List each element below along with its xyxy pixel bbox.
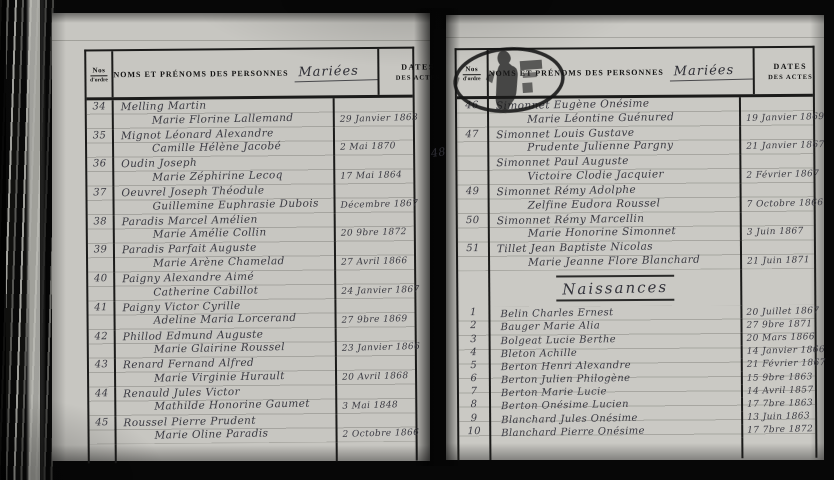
marriage-entry-row: 44 Renauld Jules Victor Mathilde Honorin… (89, 384, 415, 416)
act-date: 20 9bre 1872 (341, 227, 407, 241)
marriages-table-left: Nos d'ordre NOMS ET PRÉNOMS DES PERSONNE… (84, 47, 418, 464)
entry-date-cell: Décembre 1867 (335, 184, 413, 213)
entry-names: Tillet Jean Baptiste Nicolas Marie Jeann… (490, 241, 742, 271)
act-date: 14 Janvier 1866 (747, 344, 826, 358)
entry-number (457, 156, 489, 185)
marriage-entry-row: 41 Paigny Victor Cyrille Adeline Maria L… (88, 298, 414, 330)
marriage-entry-row: 36 Oudin Joseph Marie Zéphirine Lecoq 17… (87, 155, 413, 187)
entry-date-cell: 27 Avril 1866 (336, 241, 414, 270)
act-date: 29 Janvier 1863 (340, 112, 419, 126)
wife-name: Prudente Julienne Pargny (489, 138, 739, 156)
entry-number: 4 (459, 347, 491, 360)
entry-number: 35 (87, 129, 114, 158)
marriage-entry-row: 40 Paigny Alexandre Aimé Catherine Cabil… (88, 270, 414, 302)
act-date: 27 9bre 1871 (746, 318, 812, 332)
entry-date-cell: 13 Juin 1863 (743, 410, 815, 424)
marriage-entry-row: Simonnet Paul Auguste Victoire Clodie Ja… (457, 154, 813, 185)
act-date: 27 9bre 1869 (341, 313, 407, 327)
wife-name: Camille Hélène Jacobé (114, 139, 333, 157)
wife-name: Mathilde Honorine Gaumet (116, 397, 335, 415)
wife-name: Marie Glairine Roussel (116, 340, 335, 358)
header-dates-column: DATES DES ACTES (754, 48, 826, 95)
act-date: Décembre 1867 (340, 198, 418, 212)
act-date: 17 Mai 1864 (340, 169, 402, 183)
marriage-entries-right: 46 Simonnet Eugène Onésime Marie Léontin… (457, 97, 814, 272)
entry-date-cell: 23 Janvier 1866 (337, 327, 415, 356)
entry-names: Simonnet Louis Gustave Prudente Julienne… (489, 126, 741, 156)
entry-names: Paradis Marcel Amélien Marie Amélie Coll… (115, 213, 336, 244)
entry-number: 42 (89, 330, 116, 359)
entry-names: Simonnet Rémy Marcellin Marie Honorine S… (490, 212, 742, 242)
entry-number: 6 (459, 373, 491, 386)
header-names-column: NOMS ET PRÉNOMS DES PERSONNES Mariées (113, 49, 379, 97)
wife-name: Marie Honorine Simonnet (490, 224, 740, 242)
table-filler (90, 442, 416, 464)
dates-column-sublabel: DES ACTES (396, 74, 441, 81)
act-date: 7 Octobre 1866 (747, 197, 824, 211)
entry-names: Paradis Parfait Auguste Marie Arène Cham… (115, 242, 336, 273)
marriage-entry-row: 50 Simonnet Rémy Marcellin Marie Honorin… (458, 212, 814, 243)
entry-date-cell: 15 9bre 1863 (743, 371, 815, 385)
left-page: Nos d'ordre NOMS ET PRÉNOMS DES PERSONNE… (52, 13, 430, 461)
entry-names: Renard Fernand Alfred Marie Virginie Hur… (116, 356, 337, 387)
entry-names: Melling Martin Marie Florine Lallemand (114, 98, 335, 129)
entry-number: 36 (87, 158, 114, 187)
number-column-label: Nos (92, 66, 105, 74)
act-date: 20 Mars 1866 (746, 331, 815, 345)
act-date: 21 Juin 1871 (747, 254, 810, 268)
entry-number: 50 (458, 214, 490, 243)
entry-number: 7 (459, 386, 491, 399)
act-date: 2 Février 1867 (746, 168, 819, 182)
dates-column-label: DATES (773, 61, 807, 70)
entry-date-cell: 27 9bre 1871 (742, 318, 814, 332)
entry-date-cell: 14 Janvier 1866 (743, 344, 815, 358)
entry-date-cell: 3 Juin 1867 (742, 212, 814, 241)
entry-names: Simonnet Paul Auguste Victoire Clodie Ja… (489, 155, 741, 185)
entry-number: 5 (459, 360, 491, 373)
entry-date-cell: 20 9bre 1872 (336, 212, 414, 241)
entry-number: 43 (89, 358, 116, 387)
entry-date-cell: 21 Janvier 1867 (741, 125, 813, 154)
marriage-entry-row: 34 Melling Martin Marie Florine Lalleman… (87, 98, 413, 130)
act-date: 3 Mai 1848 (342, 399, 398, 412)
act-date: 15 9bre 1863 (747, 371, 813, 385)
act-date: 3 Juin 1867 (747, 226, 804, 239)
entry-date-cell: 21 Juin 1871 (742, 240, 814, 269)
gutter-entry-number: 48 (430, 145, 446, 160)
act-date: 20 Juillet 1867 (746, 305, 819, 319)
marriage-entry-row: 49 Simonnet Rémy Adolphe Zelfine Eudora … (458, 183, 814, 214)
act-date: 17 7bre 1863 (747, 397, 813, 411)
birth-entries: 1 Belin Charles Ernest 20 Juillet 1867 2… (458, 305, 815, 439)
entry-number: 49 (458, 185, 490, 214)
entry-number: 45 (89, 416, 116, 445)
act-date: 14 Avril 1857 (747, 384, 814, 398)
act-date: 13 Juin 1863 (747, 410, 810, 424)
birth-entry-row: 2 Bauger Marie Alia 27 9bre 1871 (458, 318, 814, 334)
entry-date-cell: 2 Mai 1870 (335, 126, 413, 155)
wife-name: Marie Oline Paradis (116, 426, 335, 444)
entry-names: Roussel Pierre Prudent Marie Oline Parad… (116, 414, 337, 445)
entry-names: Oudin Joseph Marie Zéphirine Lecoq (114, 156, 335, 187)
entry-number: 9 (459, 413, 491, 426)
marriage-entry-row: 38 Paradis Marcel Amélien Marie Amélie C… (88, 212, 414, 244)
entry-number: 41 (88, 301, 115, 330)
entry-date-cell: 24 Janvier 1867 (336, 270, 414, 299)
entry-number: 51 (458, 242, 490, 271)
section-rule-bottom (556, 299, 674, 302)
entry-number: 2 (458, 320, 490, 333)
act-date: 2 Mai 1870 (340, 141, 396, 154)
wife-name: Marie Arène Chamelad (115, 254, 334, 272)
wife-name: Marie Amélie Collin (115, 225, 334, 243)
register-scan: Nos d'ordre NOMS ET PRÉNOMS DES PERSONNE… (0, 0, 834, 480)
entry-names: Mignot Léonard Alexandre Camille Hélène … (114, 127, 335, 158)
entry-number: 8 (459, 399, 491, 412)
birth-entry-row: 7 Berton Marie Lucie 14 Avril 1857 (459, 384, 815, 400)
entry-number: 37 (87, 186, 114, 215)
marriage-entry-row: 39 Paradis Parfait Auguste Marie Arène C… (88, 241, 414, 273)
act-date: 27 Avril 1866 (341, 255, 408, 269)
table-header: Nos d'ordre NOMS ET PRÉNOMS DES PERSONNE… (86, 49, 412, 101)
entry-names: Oeuvrel Joseph Théodule Guillemine Euphr… (114, 184, 335, 215)
entry-names: Phillod Edmund Auguste Marie Glairine Ro… (116, 328, 337, 359)
entry-date-cell: 7 Octobre 1866 (742, 183, 814, 212)
marriage-entry-row: 43 Renard Fernand Alfred Marie Virginie … (89, 356, 415, 388)
entry-names: Paigny Victor Cyrille Adeline Maria Lorc… (115, 299, 336, 330)
marriage-entries-left: 34 Melling Martin Marie Florine Lalleman… (87, 98, 416, 445)
entry-number: 10 (459, 426, 491, 439)
entry-number: 34 (87, 100, 114, 129)
names-column-script-annotation: Mariées (670, 62, 753, 81)
marriage-entry-row: 42 Phillod Edmund Auguste Marie Glairine… (89, 327, 415, 359)
entry-names: Renauld Jules Victor Mathilde Honorine G… (116, 385, 337, 416)
entry-names: Simonnet Rémy Adolphe Zelfine Eudora Rou… (490, 183, 742, 213)
marriage-entry-row: 51 Tillet Jean Baptiste Nicolas Marie Je… (458, 240, 814, 271)
fiscal-stamp-icon (446, 36, 571, 124)
act-date: 20 Avril 1868 (342, 370, 409, 384)
act-date: 24 Janvier 1867 (341, 284, 420, 298)
births-section-divider: Naissances (458, 269, 814, 307)
table-filler (459, 437, 815, 460)
header-number-column: Nos d'ordre (86, 51, 113, 97)
birth-entry-row: 6 Berton Julien Philogène 15 9bre 1863 (459, 371, 815, 387)
entry-date-cell: 27 9bre 1869 (336, 298, 414, 327)
marriage-entry-row: 45 Roussel Pierre Prudent Marie Oline Pa… (89, 413, 415, 445)
entry-date-cell: 2 Octobre 1866 (337, 413, 415, 442)
entry-date-cell: 2 Février 1867 (741, 154, 813, 183)
act-date: 21 Février 1867 (747, 357, 826, 371)
names-column-label: NOMS ET PRÉNOMS DES PERSONNES (113, 68, 288, 79)
entry-number: 39 (88, 244, 115, 273)
entry-date-cell: 3 Mai 1848 (337, 384, 415, 413)
act-date: 17 7bre 1872 (747, 424, 813, 438)
births-section-title-block: Naissances (490, 269, 742, 307)
act-date: 23 Janvier 1866 (342, 341, 421, 355)
entry-number: 38 (88, 215, 115, 244)
marriage-entry-row: 37 Oeuvrel Joseph Théodule Guillemine Eu… (87, 184, 413, 216)
entry-date-cell: 19 Janvier 1869 (741, 97, 813, 126)
entry-names: Paigny Alexandre Aimé Catherine Cabillot (115, 270, 336, 301)
entry-number: 40 (88, 272, 115, 301)
marriage-entry-row: 35 Mignot Léonard Alexandre Camille Hélè… (87, 126, 413, 158)
birth-entry-row: 1 Belin Charles Ernest 20 Juillet 1867 (458, 305, 814, 321)
entry-number: 1 (458, 307, 490, 320)
number-column-sublabel: d'ordre (90, 75, 108, 83)
act-date: 2 Octobre 1866 (342, 427, 419, 441)
entry-date-cell: 21 Février 1867 (743, 358, 815, 372)
entry-number: 3 (459, 334, 491, 347)
act-date: 21 Janvier 1867 (746, 139, 825, 153)
entry-date-cell: 29 Janvier 1863 (335, 98, 413, 127)
entry-date-cell: 17 7bre 1863 (743, 397, 815, 411)
births-section-title: Naissances (562, 278, 668, 299)
entry-date-cell: 20 Juillet 1867 (742, 305, 814, 319)
entry-date-cell: 17 Mai 1864 (335, 155, 413, 184)
entry-date-cell: 20 Mars 1866 (743, 331, 815, 345)
act-date: 19 Janvier 1869 (746, 111, 825, 125)
dates-column-sublabel: DES ACTES (768, 73, 813, 80)
marriage-entry-row: 47 Simonnet Louis Gustave Prudente Julie… (457, 125, 813, 156)
entry-number: 44 (89, 387, 116, 416)
entry-number: 47 (457, 128, 489, 157)
dates-column-label: DATES (401, 62, 435, 71)
names-column-script-annotation: Mariées (294, 63, 377, 82)
entry-date-cell: 14 Avril 1857 (743, 384, 815, 398)
entry-date-cell: 17 7bre 1872 (743, 424, 815, 438)
wife-name: Adeline Maria Lorcerand (115, 311, 334, 329)
entry-date-cell: 20 Avril 1868 (337, 356, 415, 385)
